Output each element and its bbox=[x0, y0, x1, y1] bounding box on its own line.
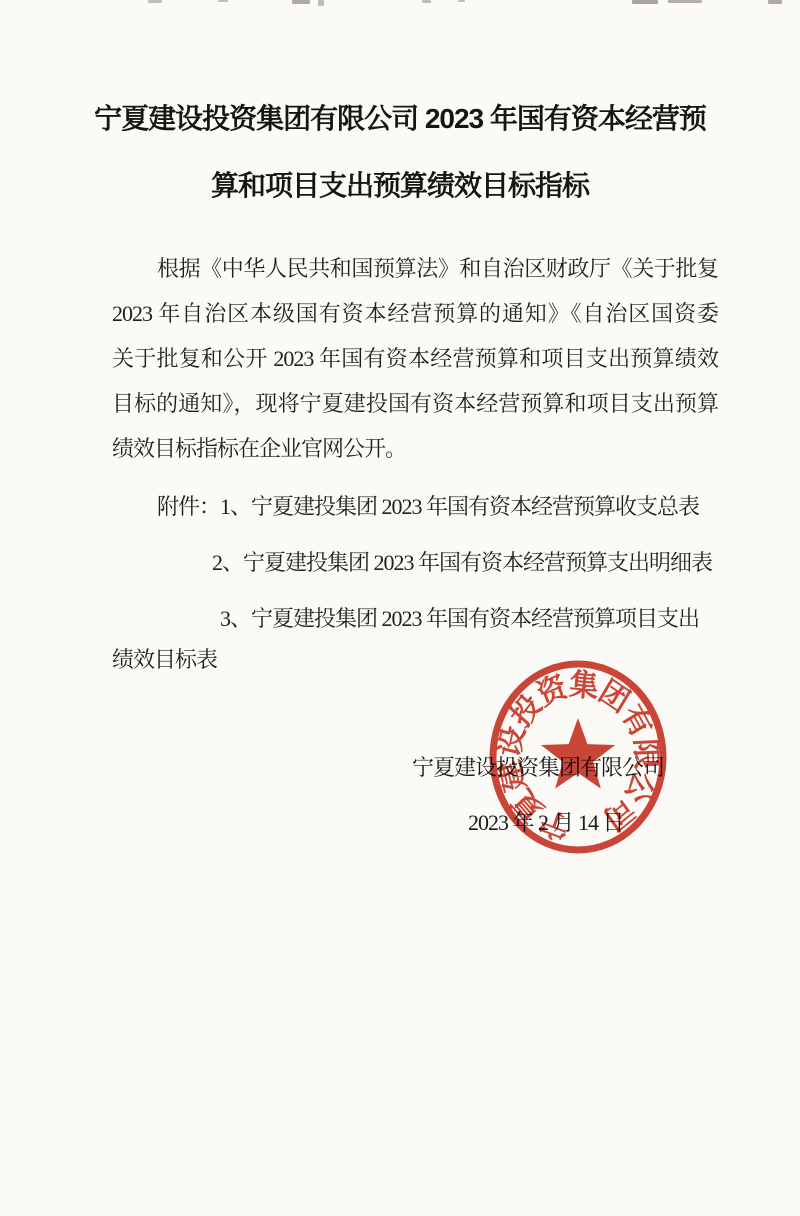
scan-noise bbox=[292, 0, 310, 4]
svg-text:限: 限 bbox=[629, 738, 662, 770]
attachment-item-3: 3、宁夏建投集团 2023 年国有资本经营预算项目支出 bbox=[220, 604, 699, 634]
document-page: 宁夏建设投资集团有限公司 2023 年国有资本经营预 算和项目支出预算绩效目标指… bbox=[0, 0, 800, 1216]
scan-noise bbox=[218, 0, 228, 2]
seal-star-icon bbox=[541, 718, 615, 789]
scan-noise bbox=[458, 0, 465, 2]
scan-noise bbox=[632, 0, 658, 4]
scan-noise bbox=[148, 0, 162, 3]
paragraph-line: 2023 年自治区本级国有资本经营预算的通知》《自治区国资委 bbox=[112, 299, 718, 329]
scan-noise bbox=[422, 0, 431, 3]
page-title-line-1: 宁夏建设投资集团有限公司 2023 年国有资本经营预 bbox=[0, 101, 800, 137]
scan-noise bbox=[768, 0, 782, 4]
attachment-item-3-continued: 绩效目标表 bbox=[112, 645, 217, 675]
page-title-line-2: 算和项目支出预算绩效目标指标 bbox=[0, 168, 800, 204]
paragraph-line: 根据《中华人民共和国预算法》和自治区财政厅《关于批复 bbox=[157, 254, 718, 284]
scan-noise bbox=[318, 0, 324, 6]
official-seal: 宁夏建设投资集团有限公司 bbox=[478, 651, 678, 863]
attachment-item-1: 附件：1、宁夏建投集团 2023 年国有资本经营预算收支总表 bbox=[157, 492, 699, 522]
paragraph-line: 绩效目标指标在企业官网公开。 bbox=[112, 434, 406, 464]
paragraph-line: 目标的通知》，现将宁夏建投国有资本经营预算和项目支出预算 bbox=[112, 389, 718, 419]
scan-noise bbox=[668, 0, 702, 3]
paragraph-line: 关于批复和公开 2023 年国有资本经营预算和项目支出预算绩效 bbox=[112, 344, 718, 374]
attachment-item-2: 2、宁夏建投集团 2023 年国有资本经营预算支出明细表 bbox=[212, 548, 712, 578]
